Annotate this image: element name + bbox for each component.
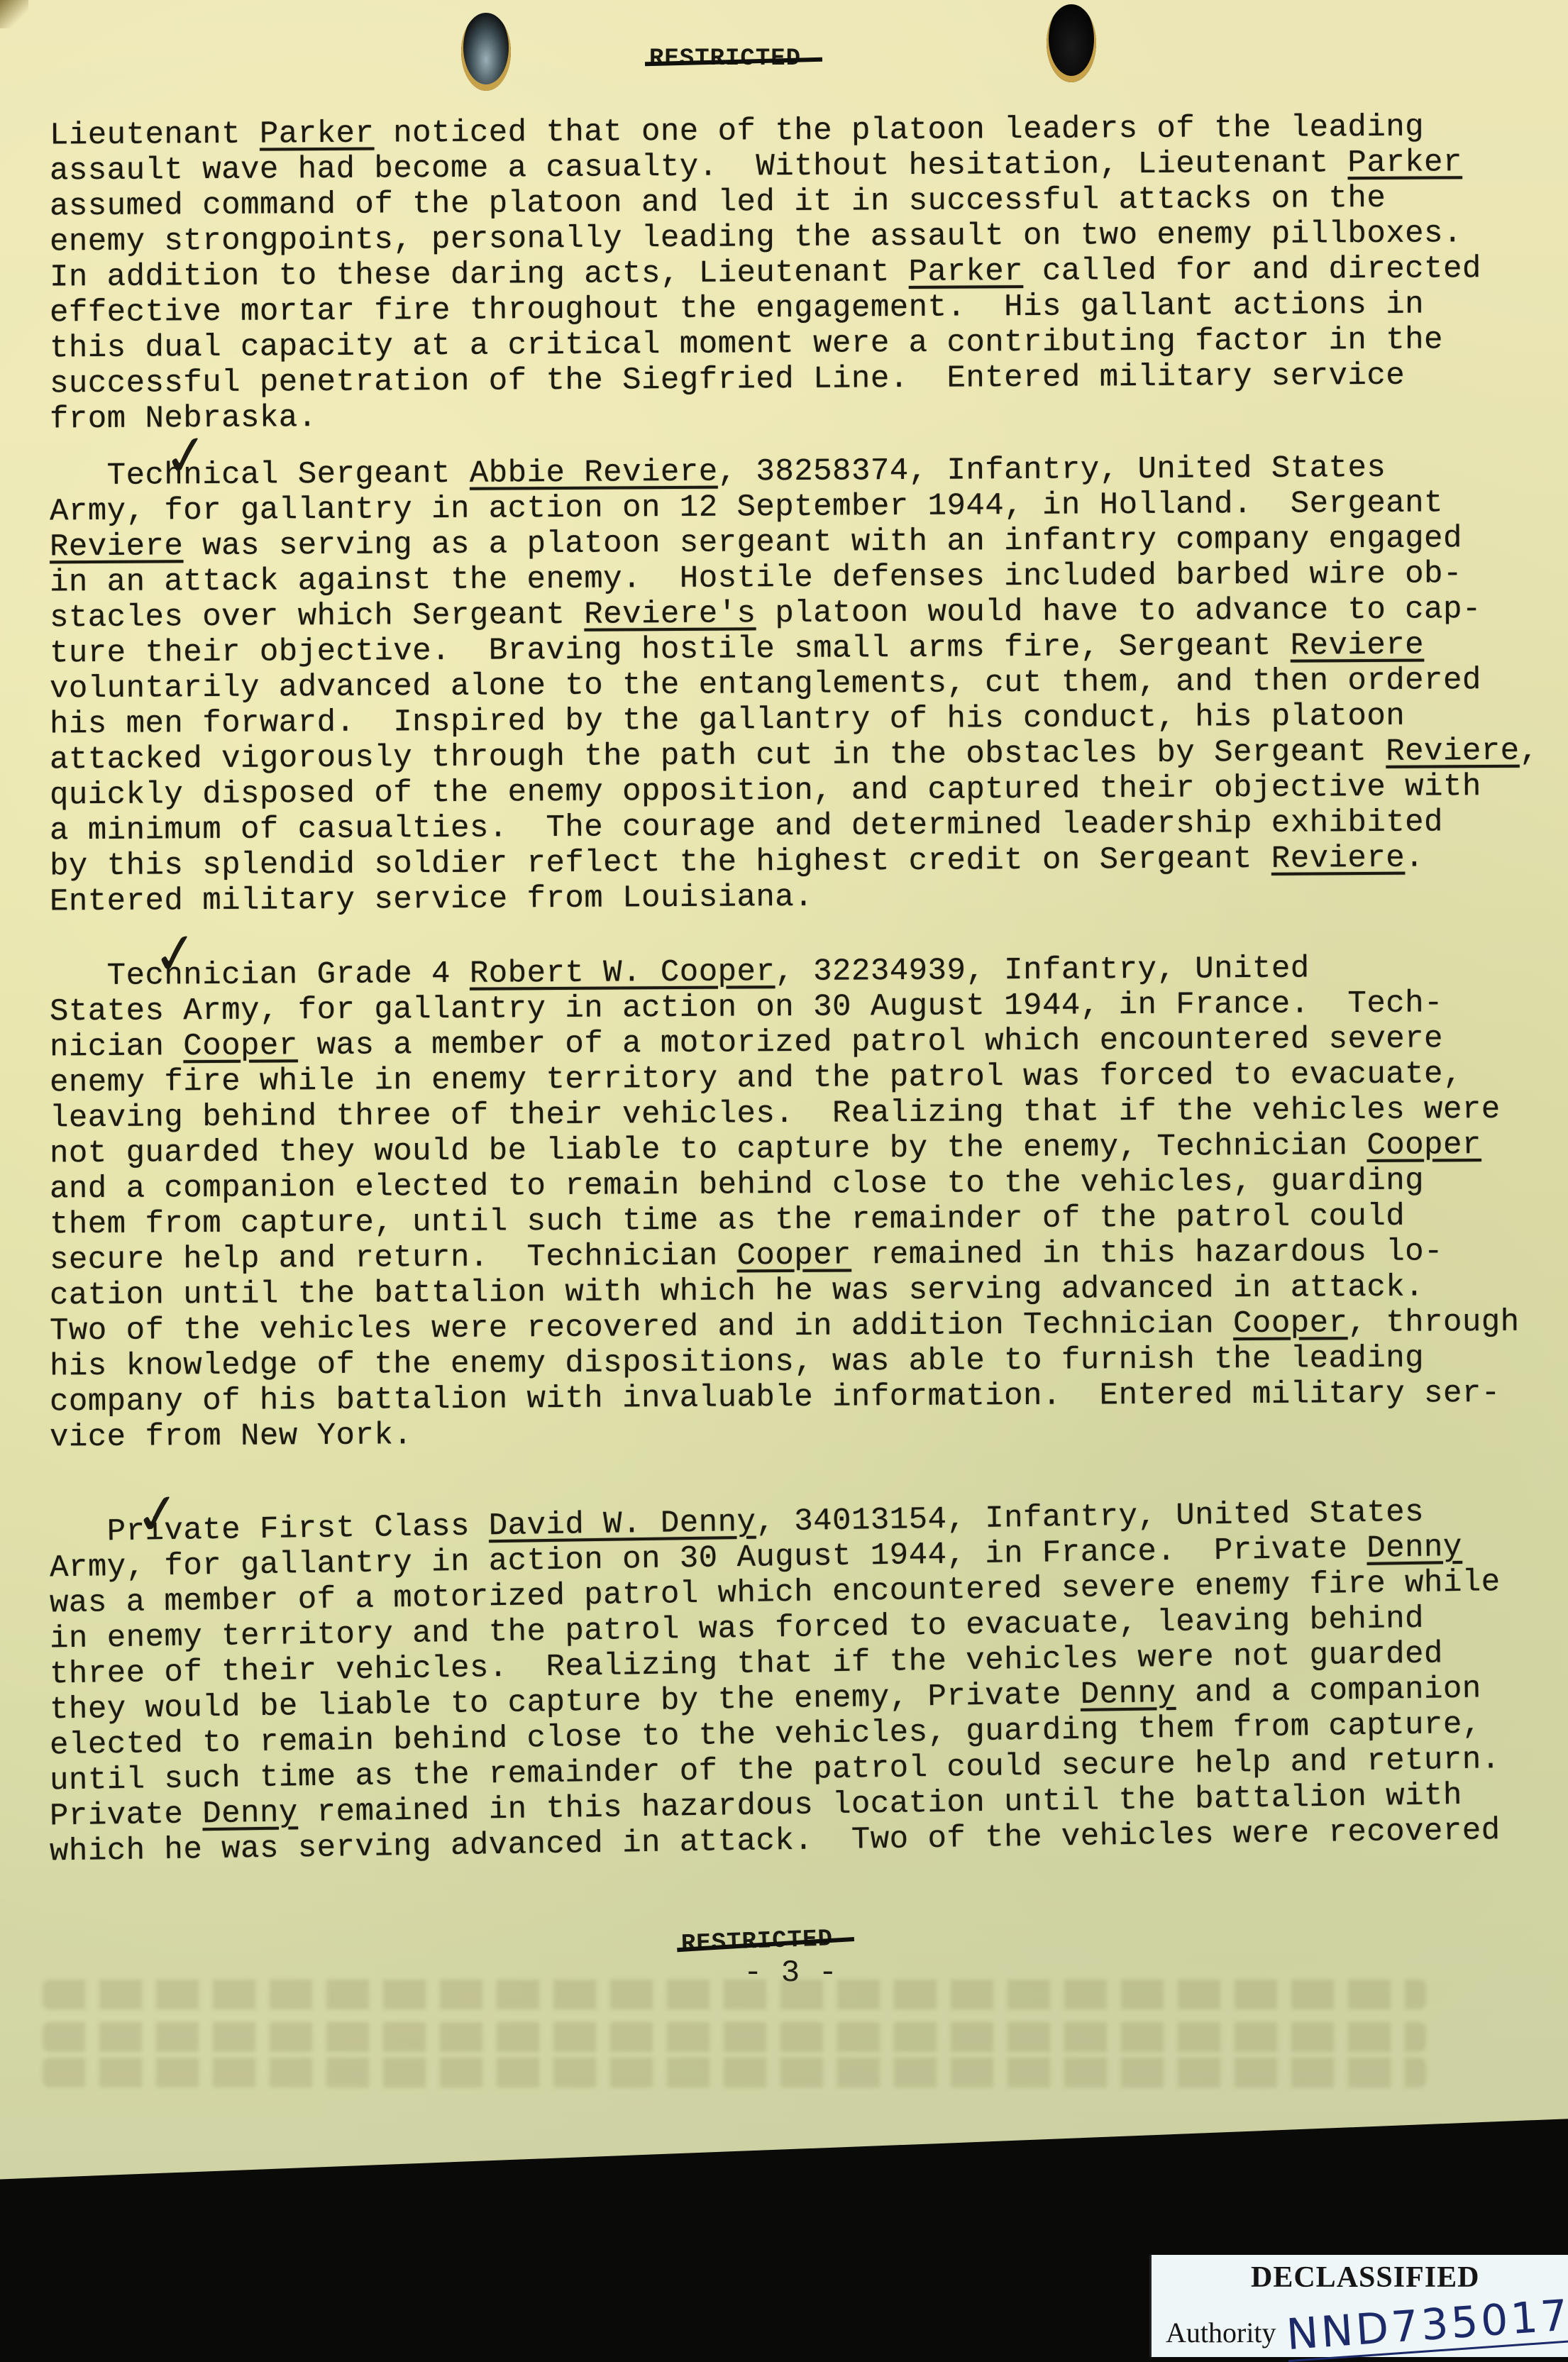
underlined-name: Parker [909, 254, 1024, 290]
paragraph-reviere: Technical Sergeant Abbie Reviere, 382583… [50, 454, 1525, 915]
underlined-name: Reviere [1291, 628, 1425, 664]
underlined-name: Reviere [1271, 841, 1406, 877]
document-page: RESTRICTED Lieutenant Parker noticed tha… [0, 0, 1568, 2242]
page-corner-shadow [0, 0, 28, 28]
punch-hole-right [1047, 4, 1096, 82]
show-through-text [43, 2022, 1426, 2052]
underlined-name: Denny [1080, 1676, 1176, 1713]
paragraph-parker: Lieutenant Parker noticed that one of th… [50, 114, 1525, 433]
underlined-name: Abbie Reviere [470, 455, 718, 492]
paragraph-cooper: Technician Grade 4 Robert W. Cooper, 322… [50, 954, 1525, 1451]
underlined-name: Parker [260, 116, 375, 153]
underlined-name: David W. Denny [488, 1505, 756, 1545]
underlined-name: Cooper [736, 1237, 851, 1274]
authority-number: NND735017 [1285, 2290, 1568, 2357]
classification-footer: RESTRICTED [680, 1926, 833, 1958]
underlined-name: Cooper [1367, 1127, 1481, 1164]
underlined-name: Cooper [1233, 1306, 1348, 1342]
underlined-name: Denny [1367, 1530, 1462, 1567]
underlined-name: Reviere [1386, 734, 1520, 770]
classification-header: RESTRICTED [649, 45, 801, 72]
show-through-text [43, 2058, 1426, 2087]
underlined-name: Parker [1347, 145, 1462, 181]
paragraph-denny: Private First Class David W. Denny, 3401… [50, 1504, 1525, 1859]
underlined-name: Robert W. Cooper [470, 954, 775, 992]
show-through-text [43, 1980, 1426, 2009]
underlined-name: Reviere's [584, 596, 756, 632]
underlined-name: Reviere [50, 529, 184, 565]
underlined-name: Denny [202, 1795, 298, 1832]
declassification-stamp: DECLASSIFIED Authority NND735017 [1149, 2255, 1568, 2357]
underlined-name: Cooper [183, 1028, 298, 1064]
punch-hole-left [461, 13, 511, 91]
declassified-label: DECLASSIFIED [1251, 2261, 1479, 2295]
authority-label: Authority [1166, 2316, 1276, 2349]
